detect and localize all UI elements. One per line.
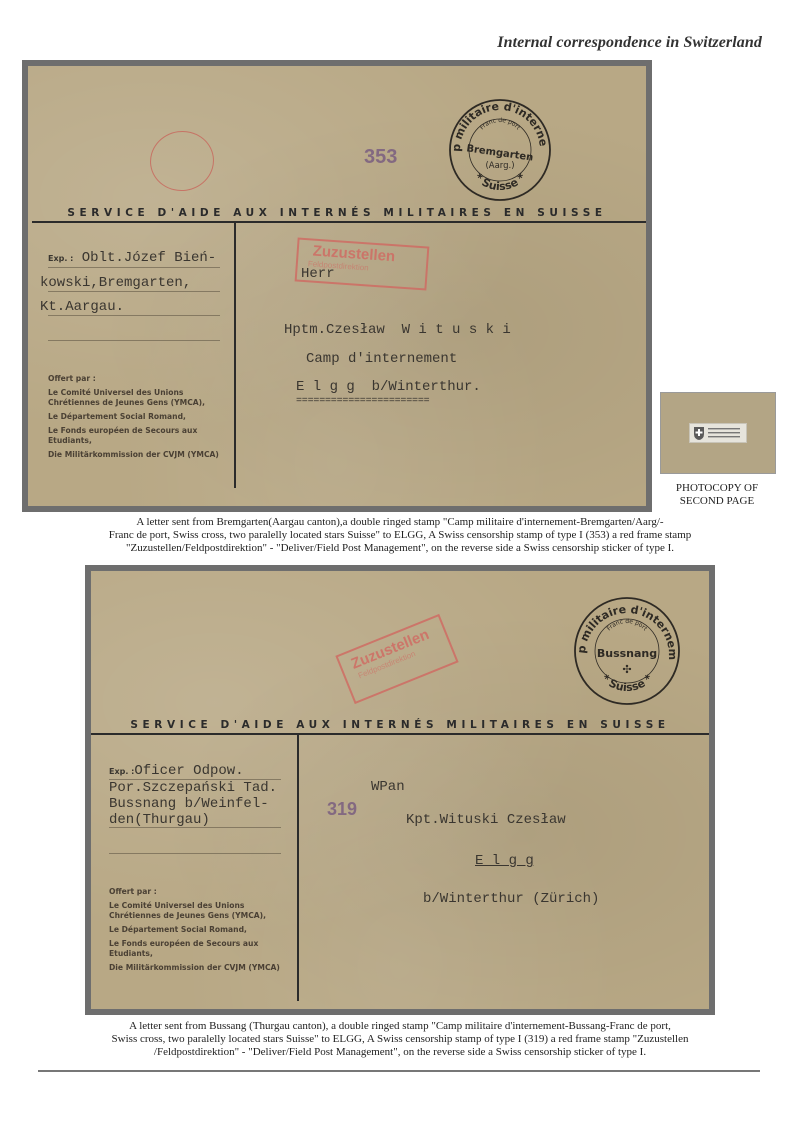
sender-block: Exp. : Oblt.Józef Bień- kowski,Bremgarte… (48, 246, 216, 319)
recipient-salutation: Herr (301, 266, 335, 282)
recipient-line3: b/Winterthur (Zürich) (423, 891, 599, 907)
swiss-shield-icon (690, 424, 746, 442)
stamp-inner-text: Franc de port (606, 618, 649, 633)
caption-line: A letter sent from Bremgarten(Aargau can… (40, 516, 760, 529)
sender-block: Exp. :Oficer Odpow. Por.Szczepański Tad.… (109, 763, 277, 828)
sender-line: den(Thurgau) (109, 812, 277, 828)
letter1-envelope: 353 Camp militaire d'internement * Suiss… (28, 66, 646, 506)
header-rule (91, 733, 709, 735)
offered-heading: Offert par : (48, 374, 228, 384)
caption-letter2: A letter sent from Bussang (Thurgau cant… (40, 1020, 760, 1059)
svg-text:Franc de port: Franc de port (606, 618, 649, 633)
censorship-sticker (689, 423, 747, 443)
stamp-inner-text: Franc de port (479, 117, 522, 132)
offered-item: Le Comité Universel des Unions Chrétienn… (48, 388, 228, 408)
camp-stamp-bussnang: Camp militaire d'internement * Suisse * … (571, 595, 683, 707)
address-line (109, 853, 281, 854)
service-heading: SERVICE D'AIDE AUX INTERNÉS MILITAIRES E… (91, 719, 709, 731)
offered-heading: Offert par : (109, 887, 289, 897)
thumbnail-caption-line: PHOTOCOPY OF (660, 482, 774, 495)
caption-line: Franc de port, Swiss cross, two paralell… (40, 529, 760, 542)
thumbnail-caption-line: SECOND PAGE (660, 495, 774, 508)
letter2-envelope: Zuzustellen Feldpostdirektion Camp milit… (91, 571, 709, 1009)
sender-line: Bussnang b/Weinfel- (109, 796, 277, 812)
red-frame-stamp: Zuzustellen Feldpostdirektion (335, 614, 458, 704)
address-line (48, 267, 220, 268)
offered-item: Die Militärkommission der CVJM (YMCA) (48, 450, 228, 460)
offered-item: Le Fonds européen de Secours aux Etudian… (109, 939, 289, 959)
second-page-thumbnail[interactable] (660, 392, 776, 474)
offered-by-block: Offert par : Le Comité Universel des Uni… (109, 887, 289, 977)
sender-line: Oblt.Józef Bień- (82, 250, 216, 266)
sender-line: Oficer Odpow. (134, 763, 243, 779)
svg-text:Franc de port: Franc de port (479, 117, 522, 132)
sender-label: Exp. : (48, 254, 73, 263)
column-divider (234, 221, 236, 488)
swiss-cross-icon: ✣ (622, 663, 631, 676)
recipient-line2: E l g g (475, 853, 534, 869)
offered-by-block: Offert par : Le Comité Universel des Uni… (48, 374, 228, 464)
thumbnail-caption: PHOTOCOPY OF SECOND PAGE (660, 482, 774, 508)
address-line (48, 291, 220, 292)
red-frame-stamp: Zuzustellen Feldpostdirektion (295, 237, 430, 290)
service-heading: SERVICE D'AIDE AUX INTERNÉS MILITAIRES E… (28, 207, 646, 219)
address-line (48, 340, 220, 341)
stamp-place: Bussnang (597, 647, 657, 660)
bottom-divider (38, 1070, 760, 1072)
stamp-bottom-text: * Suisse * (472, 171, 529, 193)
red-oval-mark (146, 127, 218, 195)
letter1-frame: 353 Camp militaire d'internement * Suiss… (22, 60, 652, 512)
caption-line: A letter sent from Bussang (Thurgau cant… (40, 1020, 760, 1033)
recipient-line2: Camp d'internement (306, 351, 457, 367)
caption-line: "Zuzustellen/Feldpostdirektion" - "Deliv… (40, 542, 760, 555)
sender-line: Por.Szczepański Tad. (109, 780, 277, 796)
recipient-salutation: WPan (371, 779, 405, 795)
caption-line: Swiss cross, two paralelly located stars… (40, 1033, 760, 1046)
letter2-frame: Zuzustellen Feldpostdirektion Camp milit… (85, 565, 715, 1015)
stamp-region: (Aarg.) (485, 161, 514, 171)
offered-item: Die Militärkommission der CVJM (YMCA) (109, 963, 289, 973)
camp-stamp-bremgarten: Camp militaire d'internement * Suisse * … (446, 96, 554, 204)
censor-number: 353 (364, 146, 397, 169)
address-line (109, 779, 281, 780)
column-divider (297, 733, 299, 1001)
offered-item: Le Département Social Romand, (48, 412, 228, 422)
caption-line: /Feldpostdirektion" - "Deliver/Field Pos… (40, 1046, 760, 1059)
header-rule (32, 221, 646, 223)
offered-item: Le Fonds européen de Secours aux Etudian… (48, 426, 228, 446)
recipient-name: Hptm.Czesław W i t u s k i (284, 322, 511, 338)
recipient-line3: E l g g b/Winterthur. (296, 379, 481, 395)
address-line (109, 827, 281, 828)
recipient-underline: ======================= (296, 396, 429, 407)
svg-text:* Suisse *: * Suisse * (472, 171, 529, 193)
censor-number: 319 (327, 799, 357, 820)
address-line (48, 315, 220, 316)
page-title: Internal correspondence in Switzerland (497, 34, 762, 52)
sender-label: Exp. : (109, 767, 134, 776)
offered-item: Le Département Social Romand, (109, 925, 289, 935)
offered-item: Le Comité Universel des Unions Chrétienn… (109, 901, 289, 921)
caption-letter1: A letter sent from Bremgarten(Aargau can… (40, 516, 760, 555)
recipient-name: Kpt.Wituski Czesław (406, 812, 566, 828)
